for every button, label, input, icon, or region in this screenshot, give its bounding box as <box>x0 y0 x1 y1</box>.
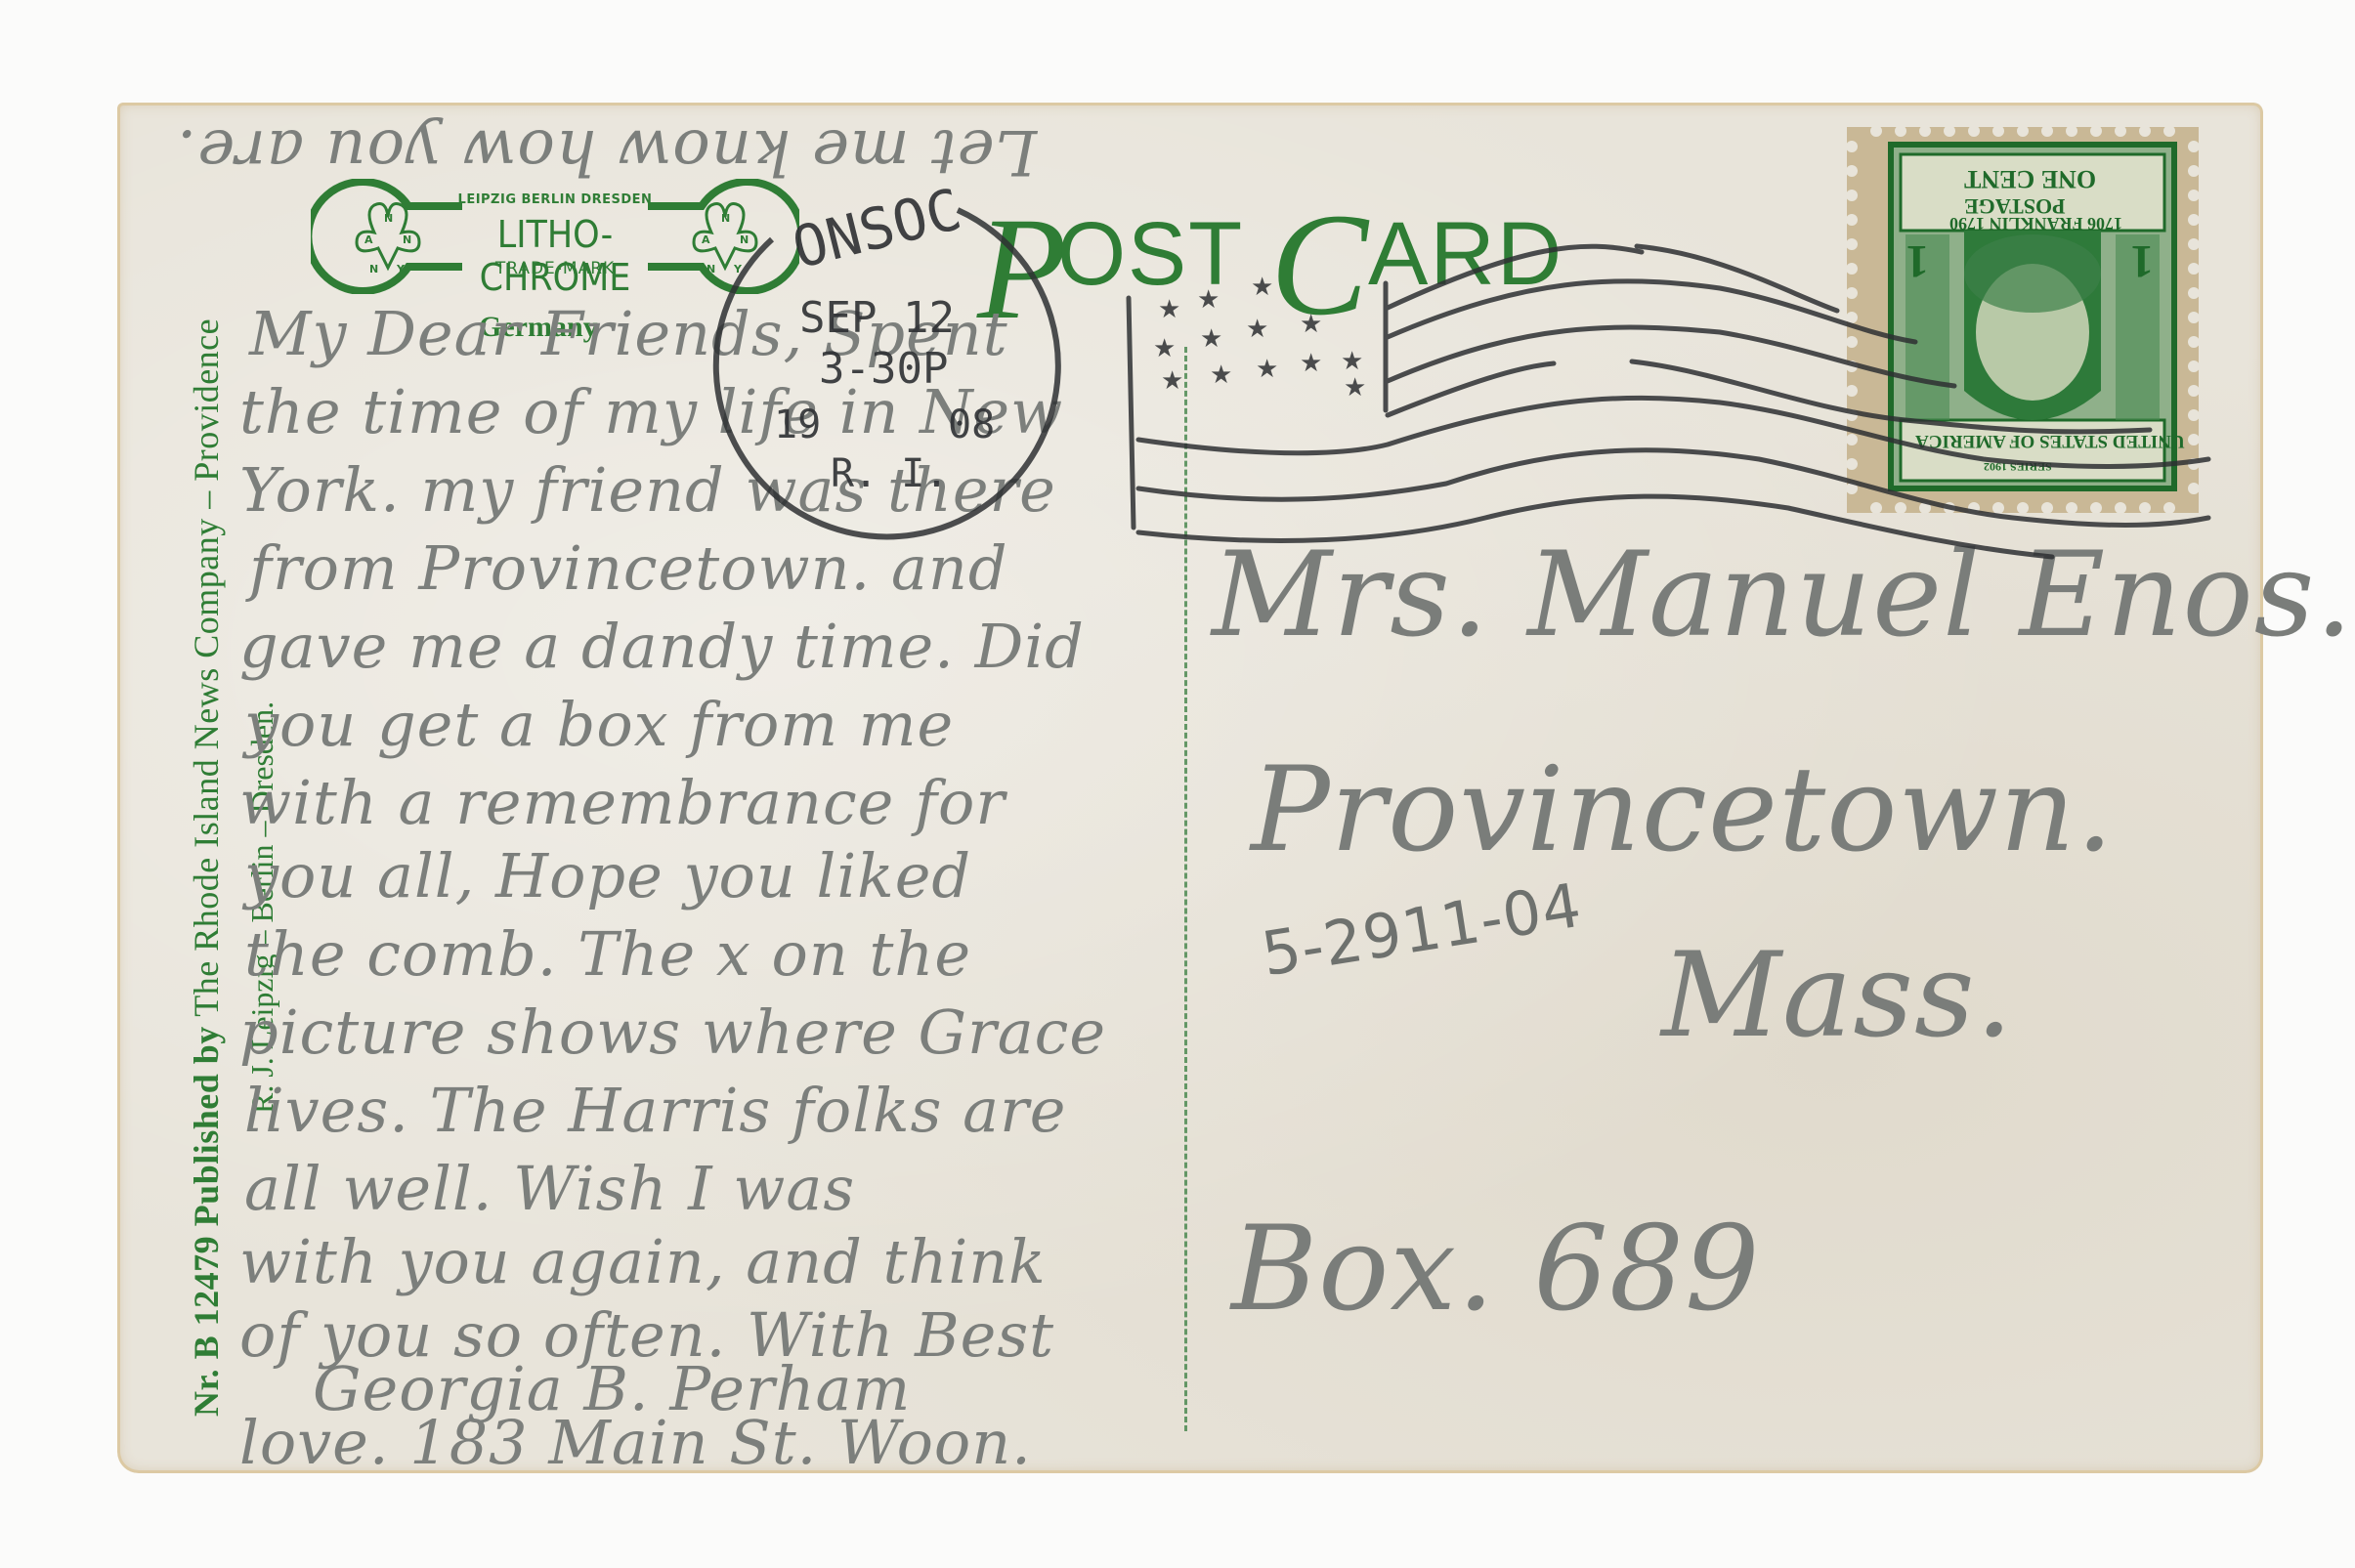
heading-ost: OST <box>1057 209 1244 299</box>
svg-text:N: N <box>706 263 715 275</box>
message-line: from Provincetown. and <box>249 532 1008 604</box>
publisher-company: The Rhode Island News Company – Providen… <box>187 318 226 1017</box>
trademark-name: LITHO-CHROME <box>437 213 674 299</box>
postage-stamp: ONE CENT POSTAGE 1706 FRANKLIN 1790 UNIT… <box>1847 127 2199 513</box>
litho-chrome-trademark: NANNY NANNY LEIPZIG BERLIN DRESDEN LITHO… <box>311 179 799 294</box>
postmark-time: 3-30P <box>819 344 948 394</box>
message-line: with a remembrance for <box>239 767 1006 838</box>
trademark-label: TRADE-MARK <box>457 259 653 278</box>
svg-text:A: A <box>364 233 373 246</box>
svg-text:Y: Y <box>396 263 406 275</box>
stamp-country: UNITED STATES OF AMERICA <box>1915 430 2185 451</box>
message-line: lives. The Harris folks are <box>244 1075 1066 1146</box>
message-line: with you again, and think <box>239 1226 1047 1297</box>
postmark-state: R. I. <box>831 451 948 496</box>
recipient-state: Mass. <box>1661 928 2014 1064</box>
stamp-series: SERIES 1902 <box>1984 459 2052 474</box>
message-line: the comb. The x on the <box>244 918 971 990</box>
message-address-divider <box>1184 347 1187 1431</box>
heading-letter-c: C <box>1270 191 1368 338</box>
svg-text:N: N <box>369 263 378 275</box>
recipient-box: Box. 689 <box>1231 1202 1760 1337</box>
stamp-denomination-left: 1 <box>1905 234 1929 288</box>
recipient-name: Mrs. Manuel Enos. <box>1212 528 2353 663</box>
stamp-subject: 1706 FRANKLIN 1790 <box>1949 213 2122 233</box>
message-line: gave me a dandy time. Did <box>239 611 1085 682</box>
recipient-town: Provincetown. <box>1251 742 2115 878</box>
inverted-note: Let me know how you are. <box>176 115 1037 188</box>
sender-address: love. 183 Main St. Woon. <box>239 1407 1032 1478</box>
message-line: picture shows where Grace <box>239 996 1106 1068</box>
postmark-year-right: 08 <box>948 403 995 447</box>
svg-text:Y: Y <box>733 263 743 275</box>
svg-text:A: A <box>702 233 710 246</box>
postmark-year-left: 19 <box>774 403 821 447</box>
message-line: you get a box from me <box>244 689 954 760</box>
message-line: all well. Wish I was <box>244 1153 855 1224</box>
svg-text:N: N <box>740 233 749 246</box>
stamp-value: ONE CENT <box>1964 164 2096 193</box>
svg-text:N: N <box>403 233 411 246</box>
stamp-denomination-right: 1 <box>2130 234 2154 288</box>
trademark-cities: LEIPZIG BERLIN DRESDEN <box>457 192 653 207</box>
publisher-imprint-line1: Nr. B 12479 Published by The Rhode Islan… <box>186 318 227 1417</box>
svg-text:N: N <box>721 212 730 225</box>
heading-ard: ARD <box>1368 209 1563 299</box>
postmark-date: SEP 12 <box>799 293 955 343</box>
message-line: you all, Hope you liked <box>244 840 971 911</box>
publisher-number: Nr. B 12479 Published by <box>187 1026 226 1417</box>
svg-text:N: N <box>384 212 393 225</box>
